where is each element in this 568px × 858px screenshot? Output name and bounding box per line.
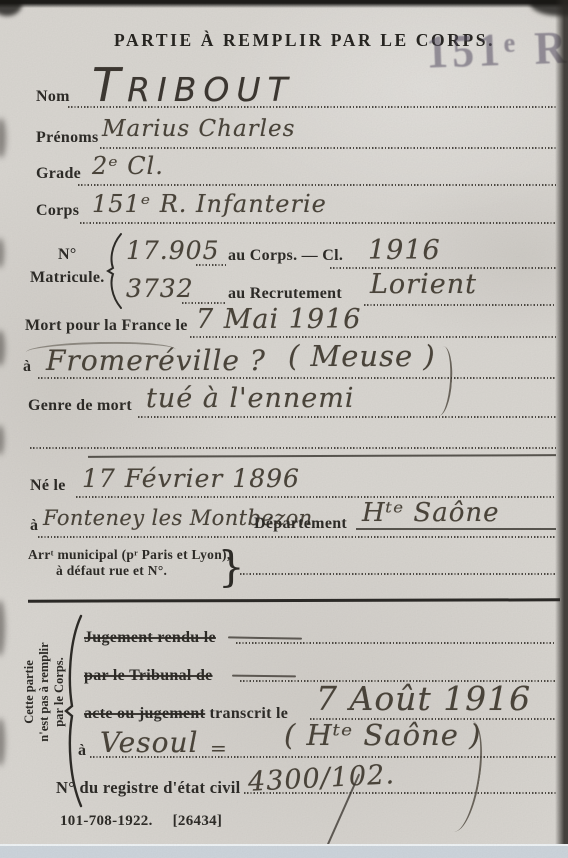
ne-lieu-label: à <box>30 517 38 535</box>
mort-lieu-label: à <box>23 358 31 376</box>
arrondissement-label-line2: à défaut rue et N°. <box>56 563 167 579</box>
dotted-rule <box>240 573 556 575</box>
jugement-label: Jugement rendu le <box>84 629 216 647</box>
arrondissement-brace-icon: } <box>218 542 245 591</box>
dotted-rule <box>80 222 556 224</box>
ne-le-value: 17 Février 1896 <box>82 464 300 493</box>
nom-value: TRIBOUT <box>92 58 295 112</box>
matricule-recrutement-number: 3732 <box>126 274 194 303</box>
matricule-corps-number: 17.905 <box>126 236 219 265</box>
au-recrutement-label: au Recrutement <box>228 285 342 303</box>
scanner-bottom-bar <box>0 844 568 858</box>
matricule-label: Matricule. <box>30 269 105 287</box>
transcrit-value: 7 Août 1916 <box>316 679 531 718</box>
scan-edge-blob <box>0 330 5 366</box>
au-corps-label: au Corps. — Cl. <box>228 247 343 265</box>
scan-edge-blob <box>0 718 5 766</box>
side-note-line1: Cette partie <box>22 612 37 772</box>
scan-corner-blob <box>0 0 22 16</box>
departement-value: Hᵗᵉ Saône <box>362 498 500 528</box>
imprint-footer: 101-708-1922. [26434] <box>60 812 222 830</box>
recrutement-value: Lorient <box>370 269 477 300</box>
scan-edge-blob <box>0 425 4 455</box>
dotted-rule <box>244 792 556 794</box>
dotted-rule <box>78 184 556 186</box>
strike-extension <box>232 675 296 678</box>
scan-edge-blob <box>0 118 6 158</box>
side-note-line2: n'est pas à remplir <box>37 612 52 772</box>
imprint-code: 101-708-1922. <box>60 813 153 829</box>
scan-edge-right <box>555 0 568 858</box>
dotted-rule <box>38 536 556 538</box>
mort-lieu-departement: ( Meuse ) <box>288 339 436 373</box>
mort-le-value: 7 Mai 1916 <box>196 304 361 335</box>
transcrit-lieu-value: Vesoul <box>100 726 198 759</box>
scan-edge-blob <box>0 238 4 268</box>
dotted-rule <box>190 336 556 338</box>
death-record-card: PARTIE À REMPLIR PAR LE CORPS. 151ᵉ Ré N… <box>0 0 568 858</box>
classe-value: 1916 <box>368 235 441 266</box>
arrondissement-label-line1: Arrᵗ municipal (pʳ Paris et Lyon), <box>28 547 231 563</box>
dotted-rule <box>38 377 556 379</box>
prenoms-label: Prénoms <box>36 129 99 147</box>
dotted-rule <box>100 147 556 149</box>
transcrit-lieu-label: à <box>78 742 86 760</box>
mort-lieu-value: Fromeréville ? <box>46 344 266 377</box>
grade-label: Grade <box>36 165 81 183</box>
corps-value: 151ᵉ R. Infanterie <box>92 190 327 218</box>
ne-le-label: Né le <box>30 477 66 495</box>
dotted-rule <box>236 642 556 644</box>
scan-edge-blob <box>0 600 5 656</box>
reference-number: [26434] <box>173 813 223 829</box>
separator-line <box>356 528 556 530</box>
nom-label: Nom <box>36 88 70 106</box>
corps-label: Corps <box>36 202 79 220</box>
matricule-brace-icon <box>104 232 124 310</box>
genre-mort-label: Genre de mort <box>28 397 132 415</box>
regiment-stamp: 151ᵉ Ré <box>425 20 568 79</box>
dotted-rule <box>90 756 556 758</box>
strike-extension <box>228 636 302 639</box>
genre-mort-value: tué à l'ennemi <box>146 383 355 414</box>
transcrit-label: acte ou jugement transcrit le <box>84 705 288 723</box>
departement-label: Département <box>254 515 347 533</box>
prenoms-value: Marius Charles <box>102 116 295 142</box>
grade-value: 2ᵉ Cl. <box>92 152 164 180</box>
separator-line <box>88 454 556 457</box>
mort-le-label: Mort pour la France le <box>25 317 188 335</box>
section-divider <box>28 598 560 602</box>
tribunal-label: par le Tribunal de <box>84 667 213 685</box>
scan-edge-top <box>0 0 568 8</box>
matricule-no-label: N° <box>58 246 77 264</box>
dotted-rule <box>138 416 556 418</box>
transcrit-kept-part: transcrit le <box>210 705 289 722</box>
dotted-rule <box>30 447 556 449</box>
transcrit-struck-part: acte ou jugement <box>84 705 205 722</box>
dotted-rule <box>196 264 226 266</box>
dotted-rule <box>68 106 556 108</box>
registre-label: N° du registre d'état civil <box>56 778 241 798</box>
dotted-rule <box>364 304 556 306</box>
